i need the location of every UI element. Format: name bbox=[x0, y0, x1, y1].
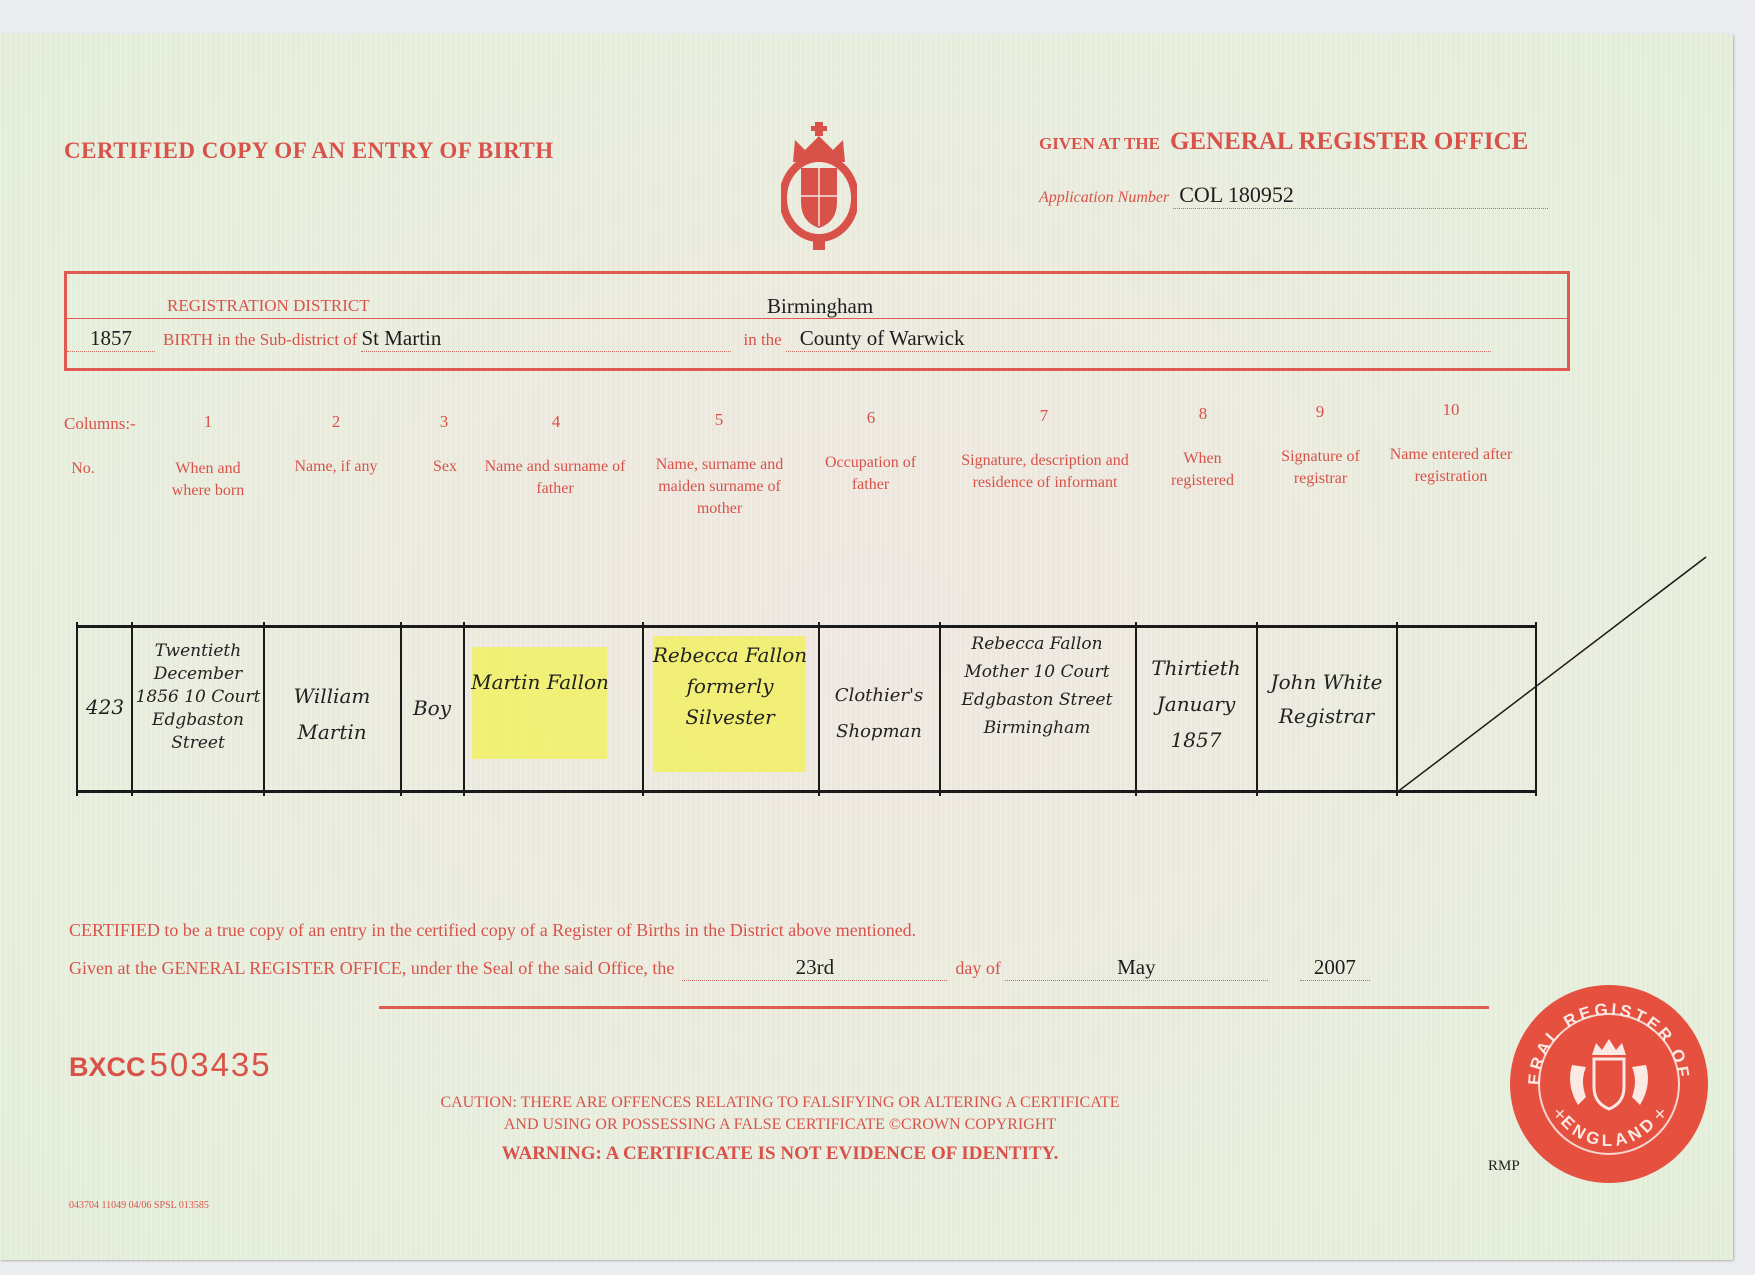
certified-statement: CERTIFIED to be a true copy of an entry … bbox=[69, 920, 916, 941]
svg-text:✕: ✕ bbox=[1654, 1107, 1666, 1123]
certificate-serial: BXCC 503435 bbox=[69, 1046, 272, 1084]
column-number-3: 3 bbox=[414, 412, 474, 432]
certificate-title: CERTIFIED COPY OF AN ENTRY OF BIRTH bbox=[64, 138, 554, 164]
entry-mother-name: Rebecca Fallon formerly Silvester bbox=[650, 640, 810, 733]
entry-father-name: Martin Fallon bbox=[470, 662, 610, 702]
given-at-row: Given at the GENERAL REGISTER OFFICE, un… bbox=[69, 955, 1370, 981]
registration-year: 1857 bbox=[90, 326, 132, 350]
column-header-occupation: Occupation of father bbox=[818, 452, 923, 496]
application-number-label: Application Number bbox=[1039, 189, 1169, 206]
column-header-name: Name, if any bbox=[276, 456, 396, 478]
column-header-sex: Sex bbox=[420, 456, 470, 478]
subdistrict-value: St Martin bbox=[361, 326, 441, 350]
day-of-label: day of bbox=[955, 958, 1000, 978]
application-number-value: COL 180952 bbox=[1179, 182, 1294, 207]
serial-number: 503435 bbox=[150, 1046, 272, 1083]
column-number-7: 7 bbox=[1014, 406, 1074, 426]
column-header-registrar: Signature of registrar bbox=[1268, 446, 1373, 490]
certification-rule bbox=[379, 1006, 1489, 1009]
column-number-10: 10 bbox=[1421, 400, 1481, 420]
column-header-mother: Name, surname and maiden surname of moth… bbox=[642, 454, 797, 520]
column-number-1: 1 bbox=[178, 412, 238, 432]
column-number-2: 2 bbox=[306, 412, 366, 432]
general-register-office-seal-icon: GENERAL REGISTER OFFICE ENGLAND ✕ ✕ bbox=[1510, 985, 1708, 1183]
certified-year: 2007 bbox=[1314, 955, 1356, 979]
serial-prefix: BXCC bbox=[69, 1052, 146, 1082]
certified-month: May bbox=[1117, 955, 1156, 979]
entry-sex: Boy bbox=[403, 696, 461, 720]
caution-line-2: AND USING OR POSSESSING A FALSE CERTIFIC… bbox=[380, 1114, 1180, 1136]
subdistrict-label: BIRTH in the Sub-district of bbox=[163, 330, 357, 349]
registration-box: REGISTRATION DISTRICT Birmingham 1857 BI… bbox=[64, 271, 1570, 371]
given-at-heading: GIVEN AT THE GENERAL REGISTER OFFICE bbox=[1039, 128, 1528, 156]
certified-day: 23rd bbox=[796, 955, 835, 979]
column-header-when-registered: When registered bbox=[1160, 448, 1245, 492]
county-value: County of Warwick bbox=[800, 326, 965, 350]
entry-when-registered: Thirtieth January 1857 bbox=[1138, 650, 1254, 758]
cancel-diagonal-line bbox=[1396, 555, 1711, 795]
given-at-prefix: GIVEN AT THE bbox=[1039, 134, 1160, 153]
column-header-name-after: Name entered after registration bbox=[1386, 444, 1516, 488]
column-number-8: 8 bbox=[1173, 404, 1233, 424]
column-number-5: 5 bbox=[689, 410, 749, 430]
svg-text:GENERAL REGISTER OFFICE: GENERAL REGISTER OFFICE bbox=[1510, 985, 1693, 1086]
entry-when-where-born: Twentieth December 1856 10 Court Edgbast… bbox=[134, 640, 262, 755]
column-number-6: 6 bbox=[841, 408, 901, 428]
application-number-row: Application Number COL 180952 bbox=[1039, 182, 1571, 209]
in-the-label: in the bbox=[743, 330, 781, 349]
column-header-no: No. bbox=[58, 458, 108, 480]
identity-warning: WARNING: A CERTIFICATE IS NOT EVIDENCE O… bbox=[380, 1143, 1180, 1165]
column-number-9: 9 bbox=[1290, 402, 1350, 422]
caution-line-1: CAUTION: THERE ARE OFFENCES RELATING TO … bbox=[380, 1092, 1180, 1114]
entry-registrar-signature: John White Registrar bbox=[1259, 665, 1394, 733]
entry-informant: Rebecca Fallon Mother 10 Court Edgbaston… bbox=[942, 630, 1132, 742]
caution-notice: CAUTION: THERE ARE OFFENCES RELATING TO … bbox=[380, 1092, 1180, 1136]
entry-father-occupation: Clothier's Shopman bbox=[821, 678, 937, 750]
subdistrict-row: 1857 BIRTH in the Sub-district of St Mar… bbox=[67, 326, 1491, 352]
office-name: GENERAL REGISTER OFFICE bbox=[1170, 128, 1528, 155]
given-at-statement: Given at the GENERAL REGISTER OFFICE, un… bbox=[69, 958, 674, 978]
royal-crest-icon bbox=[781, 122, 857, 252]
columns-label: Columns:- bbox=[64, 414, 136, 434]
column-header-father: Name and surname of father bbox=[480, 456, 630, 500]
column-header-informant: Signature, description and residence of … bbox=[940, 450, 1150, 494]
column-number-4: 4 bbox=[526, 412, 586, 432]
entry-child-name: William Martin bbox=[268, 678, 396, 750]
entry-number: 423 bbox=[80, 695, 130, 719]
print-codes: 043704 11049 04/06 SPSL 013585 bbox=[69, 1200, 209, 1211]
svg-text:✕: ✕ bbox=[1554, 1107, 1566, 1123]
column-header-when-where-born: When and where born bbox=[158, 458, 258, 502]
registration-district-label: REGISTRATION DISTRICT bbox=[167, 296, 370, 316]
registration-district-value: Birmingham bbox=[767, 294, 873, 319]
